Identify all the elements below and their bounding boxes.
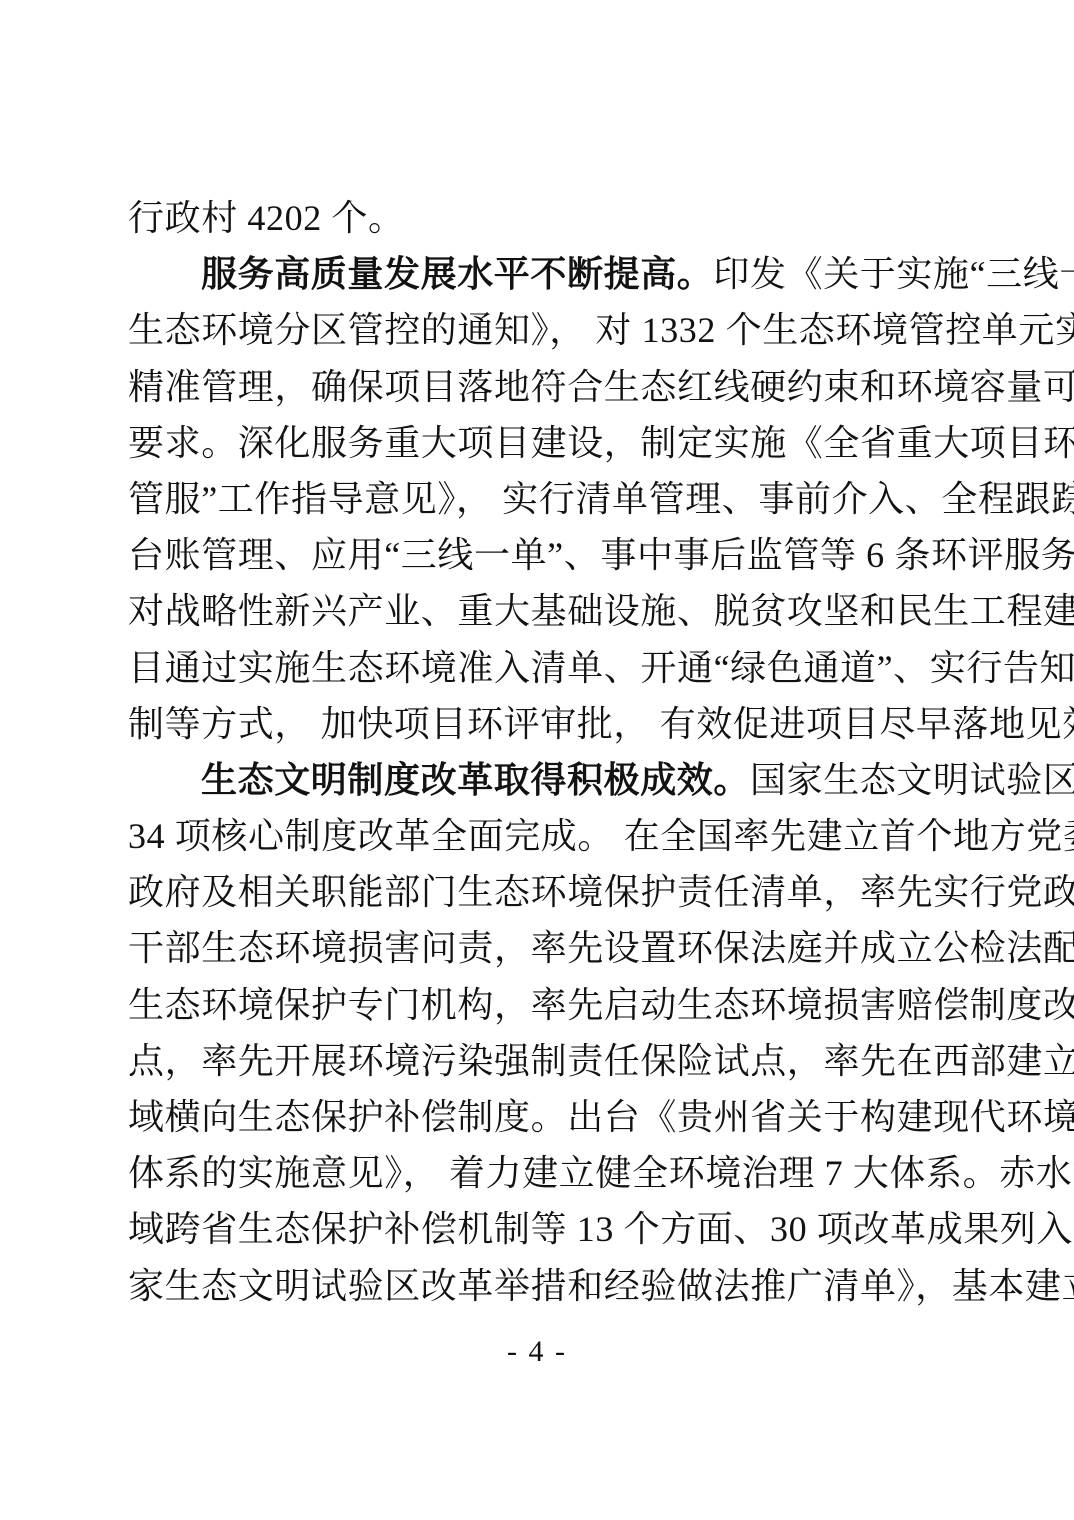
line-text: 点，率先开展环境污染强制责任保险试点，率先在西部建立跨省 <box>128 1041 1074 1081</box>
line-text: 家生态文明试验区改革举措和经验做法推广清单》，基本建立了 <box>128 1266 1074 1306</box>
paragraph-lead-bold: 服务高质量发展水平不断提高。 <box>201 254 713 294</box>
text-line: 域横向生态保护补偿制度。出台《贵州省关于构建现代环境治理 <box>128 1089 946 1145</box>
line-text: 国家生态文明试验区建设 <box>750 760 1074 800</box>
line-text: 干部生态环境损害问责，率先设置环保法庭并成立公检法配套的 <box>128 928 1074 968</box>
text-line: 生态文明制度改革取得积极成效。国家生态文明试验区建设 <box>128 752 946 808</box>
text-line: 域跨省生态保护补偿机制等 13 个方面、30 项改革成果列入《国 <box>128 1201 946 1257</box>
line-text: 制等方式， 加快项目环评审批， 有效促进项目尽早落地见效。 <box>128 704 1074 744</box>
page-number: - 4 - <box>0 1334 1074 1370</box>
line-text: 管服”工作指导意见》， 实行清单管理、事前介入、全程跟踪、 <box>128 479 1074 519</box>
text-line: 政府及相关职能部门生态环境保护责任清单，率先实行党政领导 <box>128 864 946 920</box>
line-text: 目通过实施生态环境准入清单、开通“绿色通道”、实行告知承诺 <box>128 648 1074 688</box>
line-text: 生态环境保护专门机构，率先启动生态环境损害赔偿制度改革试 <box>128 985 1074 1025</box>
line-text: 域跨省生态保护补偿机制等 13 个方面、30 项改革成果列入《国 <box>128 1209 1074 1249</box>
line-text: 行政村 4202 个。 <box>128 198 405 238</box>
line-text: 对战略性新兴产业、重大基础设施、脱贫攻坚和民生工程建设项 <box>128 591 1074 631</box>
line-text: 要求。深化服务重大项目建设，制定实施《全省重大项目环评“放 <box>128 423 1074 463</box>
line-text: 域横向生态保护补偿制度。出台《贵州省关于构建现代环境治理 <box>128 1097 1074 1137</box>
text-line: 点，率先开展环境污染强制责任保险试点，率先在西部建立跨省 <box>128 1033 946 1089</box>
line-text: 生态环境分区管控的通知》， 对 1332 个生态环境管控单元实行 <box>128 310 1074 350</box>
text-line: 34 项核心制度改革全面完成。 在全国率先建立首个地方党委、 <box>128 808 946 864</box>
line-text: 体系的实施意见》， 着力建立健全环境治理 7 大体系。赤水河流 <box>128 1153 1074 1193</box>
line-text: 34 项核心制度改革全面完成。 在全国率先建立首个地方党委、 <box>128 816 1074 856</box>
text-line: 制等方式， 加快项目环评审批， 有效促进项目尽早落地见效。 <box>128 696 946 752</box>
line-text: 政府及相关职能部门生态环境保护责任清单，率先实行党政领导 <box>128 872 1074 912</box>
text-line: 精准管理，确保项目落地符合生态红线硬约束和环境容量可承受 <box>128 359 946 415</box>
line-text: 印发《关于实施“三线一单” <box>713 254 1074 294</box>
text-line: 台账管理、应用“三线一单”、事中事后监管等 6 条环评服务措施， <box>128 527 946 583</box>
document-page: 行政村 4202 个。服务高质量发展水平不断提高。印发《关于实施“三线一单”生态… <box>0 0 1074 1520</box>
paragraph-lead-bold: 生态文明制度改革取得积极成效。 <box>201 760 750 800</box>
text-line: 对战略性新兴产业、重大基础设施、脱贫攻坚和民生工程建设项 <box>128 583 946 639</box>
text-line: 生态环境保护专门机构，率先启动生态环境损害赔偿制度改革试 <box>128 977 946 1033</box>
line-text: 台账管理、应用“三线一单”、事中事后监管等 6 条环评服务措施， <box>128 535 1074 575</box>
text-line: 生态环境分区管控的通知》， 对 1332 个生态环境管控单元实行 <box>128 302 946 358</box>
text-line: 体系的实施意见》， 着力建立健全环境治理 7 大体系。赤水河流 <box>128 1145 946 1201</box>
line-text: 精准管理，确保项目落地符合生态红线硬约束和环境容量可承受 <box>128 367 1074 407</box>
text-line: 干部生态环境损害问责，率先设置环保法庭并成立公检法配套的 <box>128 920 946 976</box>
text-line: 行政村 4202 个。 <box>128 190 946 246</box>
text-line: 服务高质量发展水平不断提高。印发《关于实施“三线一单” <box>128 246 946 302</box>
document-body: 行政村 4202 个。服务高质量发展水平不断提高。印发《关于实施“三线一单”生态… <box>128 190 946 1314</box>
text-line: 管服”工作指导意见》， 实行清单管理、事前介入、全程跟踪、 <box>128 471 946 527</box>
text-line: 家生态文明试验区改革举措和经验做法推广清单》，基本建立了 <box>128 1258 946 1314</box>
text-line: 要求。深化服务重大项目建设，制定实施《全省重大项目环评“放 <box>128 415 946 471</box>
text-line: 目通过实施生态环境准入清单、开通“绿色通道”、实行告知承诺 <box>128 640 946 696</box>
